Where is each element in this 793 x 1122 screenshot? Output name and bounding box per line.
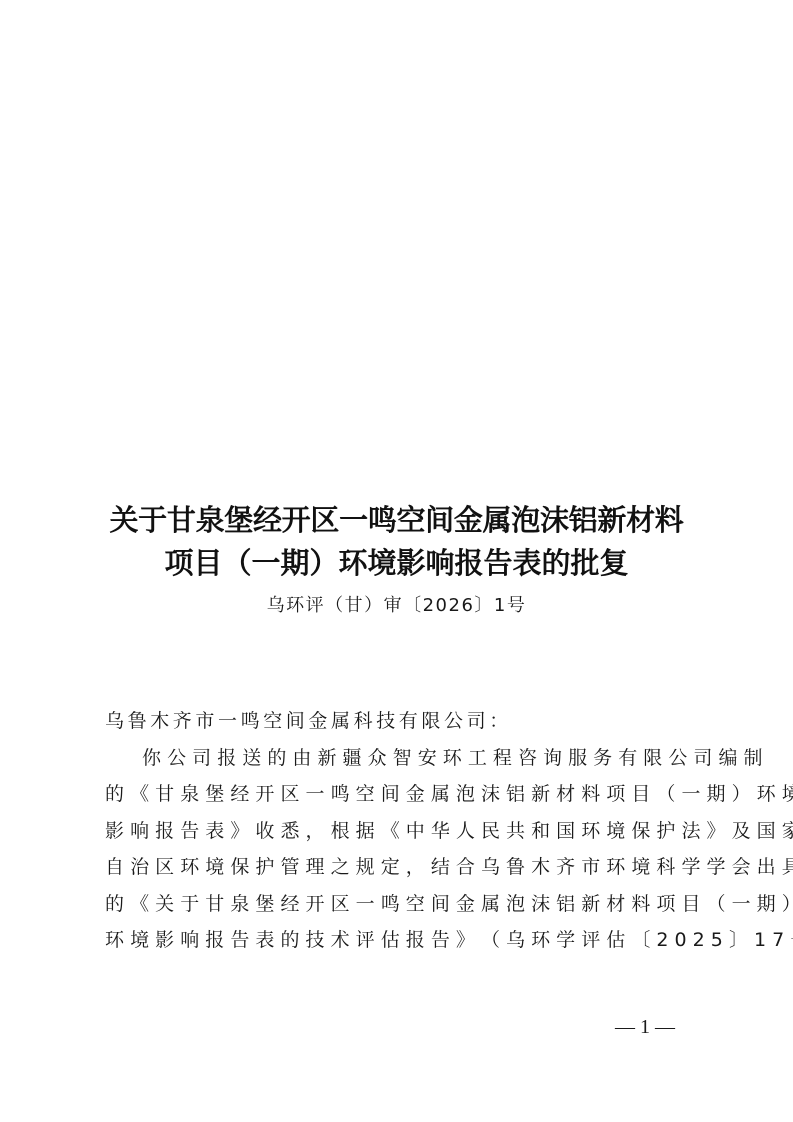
body-line-3: 影 响 报 告 表 》 收 悉 ， 根 据 《 中 华 人 民 共 和 国 环 …	[105, 813, 693, 850]
document-page: 关于甘泉堡经开区一鸣空间金属泡沫铝新材料 项目（一期）环境影响报告表的批复 乌环…	[0, 0, 793, 1122]
document-number: 乌环评（甘）审〔2026〕1号	[0, 592, 793, 620]
addressee: 乌鲁木齐市一鸣空间金属科技有限公司：	[105, 703, 693, 740]
document-body: 乌鲁木齐市一鸣空间金属科技有限公司： 你 公 司 报 送 的 由 新 疆 众 智…	[105, 703, 693, 959]
body-line-4: 自 治 区 环 境 保 护 管 理 之 规 定 ， 结 合 乌 鲁 木 齐 市 …	[105, 849, 693, 886]
body-line-6: 环 境 影 响 报 告 表 的 技 术 评 估 报 告 》 （ 乌 环 学 评 …	[105, 922, 693, 959]
document-title-line-1: 关于甘泉堡经开区一鸣空间金属泡沫铝新材料	[0, 500, 793, 540]
document-title-line-2: 项目（一期）环境影响报告表的批复	[0, 543, 793, 583]
body-line-1: 你 公 司 报 送 的 由 新 疆 众 智 安 环 工 程 咨 询 服 务 有 …	[105, 740, 693, 777]
body-line-2: 的 《 甘 泉 堡 经 开 区 一 鸣 空 间 金 属 泡 沫 铝 新 材 料 …	[105, 776, 693, 813]
page-number: — 1 —	[590, 1012, 700, 1042]
body-line-5: 的 《 关 于 甘 泉 堡 经 开 区 一 鸣 空 间 金 属 泡 沫 铝 新 …	[105, 886, 693, 923]
